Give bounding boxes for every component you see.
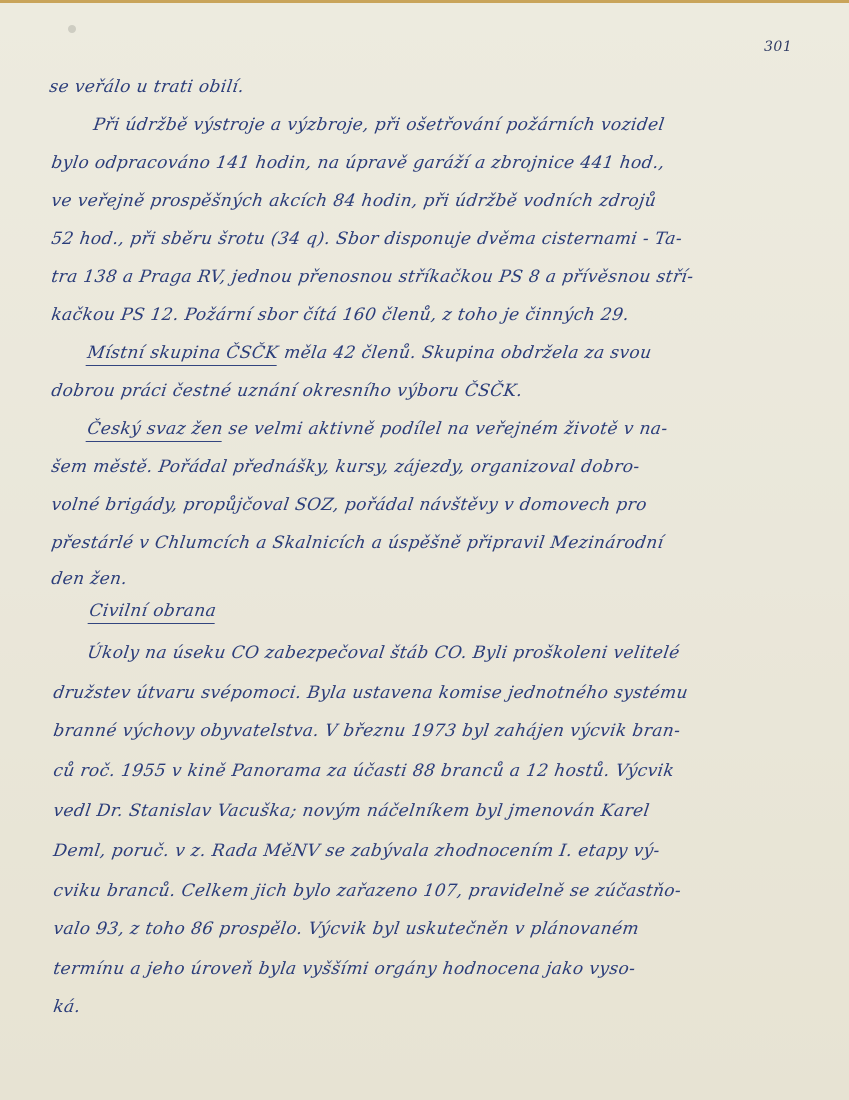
text-line: šem městě. Pořádal přednášky, kursy, záj… [50, 457, 641, 477]
text-line: družstev útvaru svépomoci. Byla ustavena… [52, 683, 689, 703]
text-line: kačkou PS 12. Požární sbor čítá 160 člen… [50, 305, 631, 325]
text-line: ká. [52, 997, 82, 1017]
line-text: volné brigády, propůjčoval SOZ, pořádal … [50, 495, 648, 515]
line-text: cviku branců. Celkem jich bylo zařazeno … [52, 881, 683, 901]
text-line: cviku branců. Celkem jich bylo zařazeno … [52, 881, 683, 901]
line-text: valo 93, z toho 86 prospělo. Výcvik byl … [52, 919, 640, 939]
section-heading: Český svaz žen [86, 419, 225, 442]
text-line: se veřálo u trati obilí. [48, 77, 246, 97]
line-text: kačkou PS 12. Požární sbor čítá 160 člen… [50, 305, 631, 325]
line-text: šem městě. Pořádal přednášky, kursy, záj… [50, 457, 641, 477]
line-text: ká. [52, 997, 82, 1017]
text-line: 52 hod., při sběru šrotu (34 q). Sbor di… [50, 229, 683, 249]
text-line: den žen. [50, 569, 129, 589]
text-line: ve veřejně prospěšných akcích 84 hodin, … [50, 191, 658, 211]
text-line: Deml, poruč. v z. Rada MěNV se zabývala … [52, 841, 661, 861]
line-text: Úkoly na úseku CO zabezpečoval štáb CO. … [86, 643, 681, 663]
line-text: bylo odpracováno 141 hodin, na úpravě ga… [50, 153, 666, 173]
document-page: 301 se veřálo u trati obilí. Při údržbě … [0, 0, 849, 1100]
page-number: 301 [764, 39, 792, 55]
line-text: vedl Dr. Stanislav Vacuška; novým náčeln… [52, 801, 651, 821]
text-line: Český svaz žen se velmi aktivně podílel … [86, 419, 669, 439]
section-heading: Civilní obrana [88, 601, 218, 624]
text-line: Civilní obrana [88, 601, 218, 621]
line-text: Při údržbě výstroje a výzbroje, při ošet… [92, 115, 666, 135]
text-line: přestárlé v Chlumcích a Skalnicích a úsp… [50, 533, 665, 553]
text-line: valo 93, z toho 86 prospělo. Výcvik byl … [52, 919, 640, 939]
line-text: tra 138 a Praga RV, jednou přenosnou stř… [50, 267, 695, 287]
line-text: dobrou práci čestné uznání okresního výb… [50, 381, 524, 401]
text-line: bylo odpracováno 141 hodin, na úpravě ga… [50, 153, 666, 173]
text-line: volné brigády, propůjčoval SOZ, pořádal … [50, 495, 648, 515]
line-text: 52 hod., při sběru šrotu (34 q). Sbor di… [50, 229, 683, 249]
line-text: branné výchovy obyvatelstva. V březnu 19… [52, 721, 682, 741]
line-text: družstev útvaru svépomoci. Byla ustavena… [52, 683, 689, 703]
section-heading: Místní skupina ČSČK [86, 343, 280, 366]
line-text: přestárlé v Chlumcích a Skalnicích a úsp… [50, 533, 665, 553]
line-text: Deml, poruč. v z. Rada MěNV se zabývala … [52, 841, 661, 861]
line-text: měla 42 členů. Skupina obdržela za svou [277, 343, 653, 363]
line-text: ve veřejně prospěšných akcích 84 hodin, … [50, 191, 658, 211]
line-text: den žen. [50, 569, 129, 589]
text-line: tra 138 a Praga RV, jednou přenosnou stř… [50, 267, 695, 287]
line-text: se velmi aktivně podílel na veřejném živ… [222, 419, 669, 439]
text-line: dobrou práci čestné uznání okresního výb… [50, 381, 524, 401]
text-line: Při údržbě výstroje a výzbroje, při ošet… [92, 115, 666, 135]
line-text: ců roč. 1955 v kině Panorama za účasti 8… [52, 761, 676, 781]
line-text: termínu a jeho úroveň byla vyššími orgán… [52, 959, 637, 979]
text-line: vedl Dr. Stanislav Vacuška; novým náčeln… [52, 801, 651, 821]
text-line: Úkoly na úseku CO zabezpečoval štáb CO. … [86, 643, 681, 663]
line-text: se veřálo u trati obilí. [48, 77, 246, 97]
text-line: termínu a jeho úroveň byla vyššími orgán… [52, 959, 637, 979]
text-line: Místní skupina ČSČK měla 42 členů. Skupi… [86, 343, 653, 363]
paper-blemish [68, 25, 76, 33]
text-line: ců roč. 1955 v kině Panorama za účasti 8… [52, 761, 676, 781]
text-line: branné výchovy obyvatelstva. V březnu 19… [52, 721, 682, 741]
